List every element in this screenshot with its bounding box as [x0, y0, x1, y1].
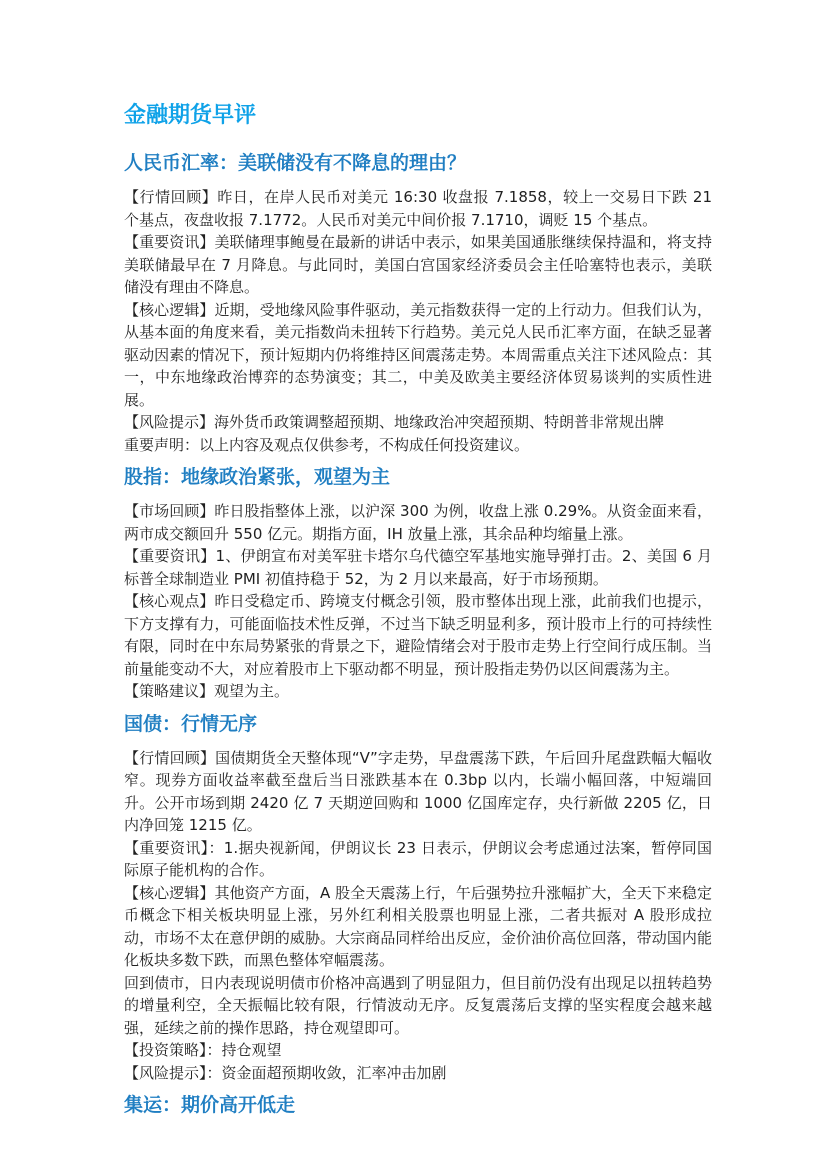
body-paragraph: 【风险提示】：资金面超预期收敛，汇率冲击加剧: [124, 1062, 712, 1085]
body-paragraph: 【投资策略】：持仓观望: [124, 1039, 712, 1062]
body-paragraph: 【重要资讯】：1.据央视新闻，伊朗议长 23 日表示，伊朗议会考虑通过法案，暂停…: [124, 837, 712, 882]
section-heading-treasury-bond: 国债：行情无序: [124, 711, 712, 737]
section-heading-equity-index: 股指：地缘政治紧张，观望为主: [124, 464, 712, 490]
body-paragraph: 【策略建议】观望为主。: [124, 680, 712, 703]
body-paragraph: 回到债市，日内表现说明债市价格冲高遇到了明显阻力，但目前仍没有出现足以扭转趋势的…: [124, 972, 712, 1040]
body-paragraph: 【核心观点】昨日受稳定币、跨境支付概念引领，股市整体出现上涨，此前我们也提示，下…: [124, 590, 712, 680]
body-paragraph: 【风险提示】海外货币政策调整超预期、地缘政治冲突超预期、特朗普非常规出牌: [124, 411, 712, 434]
body-paragraph: 【核心逻辑】其他资产方面，A 股全天震荡上行，午后强势拉升涨幅扩大，全天下来稳定…: [124, 882, 712, 972]
document-title: 金融期货早评: [124, 102, 712, 130]
body-paragraph: 【行情回顾】国债期货全天整体现“V”字走势，早盘震荡下跌，午后回升尾盘跌幅大幅收…: [124, 747, 712, 837]
body-paragraph: 【重要资讯】美联储理事鲍曼在最新的讲话中表示，如果美国通胀继续保持温和，将支持美…: [124, 231, 712, 299]
body-paragraph: 【核心逻辑】近期，受地缘风险事件驱动，美元指数获得一定的上行动力。但我们认为，从…: [124, 299, 712, 412]
body-paragraph: 重要声明：以上内容及观点仅供参考，不构成任何投资建议。: [124, 434, 712, 457]
document-page: 金融期货早评 人民币汇率：美联储没有不降息的理由？ 【行情回顾】昨日，在岸人民币…: [0, 0, 826, 1169]
section-container-shipping: 集运：期价高开低走: [124, 1092, 712, 1118]
section-heading-container-shipping: 集运：期价高开低走: [124, 1092, 712, 1118]
section-heading-rmb-exchange-rate: 人民币汇率：美联储没有不降息的理由？: [124, 150, 712, 176]
body-paragraph: 【市场回顾】昨日股指整体上涨，以沪深 300 为例，收盘上涨 0.29%。从资金…: [124, 500, 712, 545]
section-rmb-exchange-rate: 人民币汇率：美联储没有不降息的理由？ 【行情回顾】昨日，在岸人民币对美元 16:…: [124, 150, 712, 456]
body-paragraph: 【行情回顾】昨日，在岸人民币对美元 16:30 收盘报 7.1858，较上一交易…: [124, 186, 712, 231]
section-treasury-bond: 国债：行情无序 【行情回顾】国债期货全天整体现“V”字走势，早盘震荡下跌，午后回…: [124, 711, 712, 1085]
section-equity-index: 股指：地缘政治紧张，观望为主 【市场回顾】昨日股指整体上涨，以沪深 300 为例…: [124, 464, 712, 703]
body-paragraph: 【重要资讯】1、伊朗宣布对美军驻卡塔尔乌代德空军基地实施导弹打击。2、美国 6 …: [124, 545, 712, 590]
